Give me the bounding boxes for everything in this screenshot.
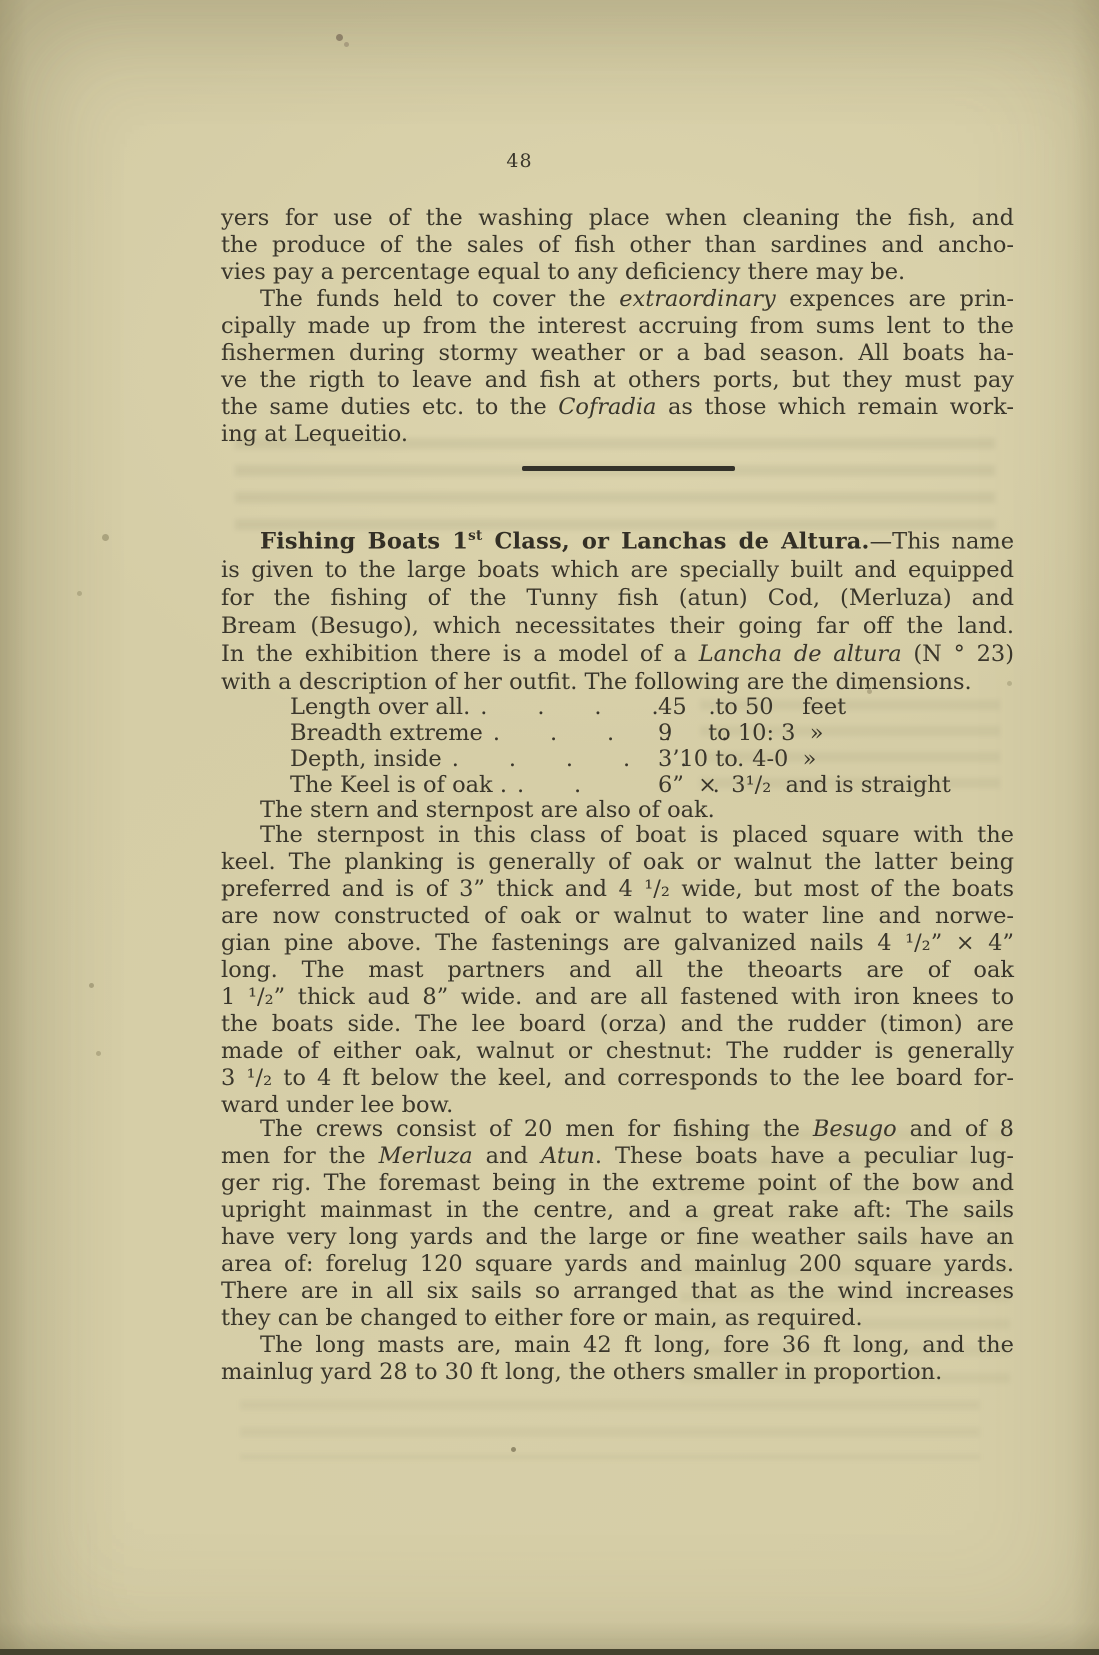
text-line: ward under lee bow. xyxy=(221,1092,1014,1119)
text-segment: are now constructed of oak or walnut to … xyxy=(221,903,1014,929)
dimension-label: Depth, inside xyxy=(290,746,442,772)
text-line: they can be changed to either fore or ma… xyxy=(221,1305,1014,1332)
text-line: gian pine above. The fastenings are galv… xyxy=(221,930,1014,957)
text-segment: made of either oak, walnut or chestnut: … xyxy=(221,1038,1014,1064)
text-segment: is given to the large boats which are sp… xyxy=(221,557,1014,583)
text-segment: the same duties etc. to the xyxy=(221,394,558,420)
text-segment: Atun xyxy=(541,1143,595,1169)
dimension-value: 6” × 3¹/₂ and is straight xyxy=(658,772,951,798)
text-segment: keel. The planking is generally of oak o… xyxy=(221,849,1014,875)
dimension-row: The Keel is of oak .. . .6” × 3¹/₂ and i… xyxy=(290,772,1014,798)
text-segment: upright mainmast in the centre, and a gr… xyxy=(221,1197,1014,1223)
paragraph-crews: The crews consist of 20 men for fishing … xyxy=(221,1116,1014,1332)
text-segment: 1 ¹/₂” thick aud 8” wide. and are all fa… xyxy=(221,984,1014,1010)
text-segment: gian pine above. The fastenings are galv… xyxy=(221,930,1014,956)
text-line: vies pay a percentage equal to any defic… xyxy=(221,259,1014,286)
text-line: men for the Merluza and Atun. These boat… xyxy=(221,1143,1014,1170)
page-number: 48 xyxy=(0,150,1069,172)
text-segment: cipally made up from the interest accrui… xyxy=(221,313,1014,339)
text-line: ing at Lequeitio. xyxy=(221,421,1014,448)
text-segment: 3 ¹/₂ to 4 ft below the keel, and corres… xyxy=(221,1065,1014,1091)
text-segment: ve the rigth to leave and fish at others… xyxy=(221,367,1014,393)
text-line: yers for use of the washing place when c… xyxy=(221,205,1014,232)
scan-bottom-edge xyxy=(0,1649,1099,1655)
text-segment: and xyxy=(473,1143,541,1169)
text-segment: Lancha de altura xyxy=(699,641,902,667)
reverse-print-showthrough xyxy=(240,1400,980,1460)
dimension-value: 45 to 50 feet xyxy=(658,694,846,720)
text-line: made of either oak, walnut or chestnut: … xyxy=(221,1038,1014,1065)
text-segment: Besugo xyxy=(813,1116,897,1142)
text-segment: There are in all six sails so arranged t… xyxy=(221,1278,1014,1304)
dimension-row: Breadth extreme. . . . .9 to 10: 3 » xyxy=(290,720,1014,746)
text-line: the boats side. The lee board (orza) and… xyxy=(221,1011,1014,1038)
text-segment: Bream (Besugo), which necessitates their… xyxy=(221,613,1014,639)
text-line: 1 ¹/₂” thick aud 8” wide. and are all fa… xyxy=(221,984,1014,1011)
text-line: the produce of the sales of fish other t… xyxy=(221,232,1014,259)
text-segment: ger rig. The foremast being in the extre… xyxy=(221,1170,1014,1196)
text-segment: ward under lee bow. xyxy=(221,1092,453,1118)
text-segment: Merluza xyxy=(379,1143,473,1169)
dimension-label: Length over all. xyxy=(290,694,470,720)
text-segment: expences are prin- xyxy=(776,286,1014,312)
text-segment: st xyxy=(468,528,482,544)
dimension-value: 3’10 to 4-0 » xyxy=(658,746,816,772)
text-line: are now constructed of oak or walnut to … xyxy=(221,903,1014,930)
text-segment: long. The mast partners and all the theo… xyxy=(221,957,1014,983)
text-segment: as those which remain work- xyxy=(656,394,1014,420)
paragraph-fishing-boats-heading: Fishing Boats 1st Class, or Lanchas de A… xyxy=(221,522,1014,696)
text-segment: and of 8 xyxy=(897,1116,1014,1142)
text-segment: The crews consist of 20 men for fishing … xyxy=(260,1116,813,1142)
text-segment: fishermen during stormy weather or a bad… xyxy=(221,340,1014,366)
text-segment: Class, or Lanchas de Altura. xyxy=(482,529,869,555)
text-segment: the boats side. The lee board (orza) and… xyxy=(221,1011,1014,1037)
text-line: with a description of her outfit. The fo… xyxy=(221,668,1014,696)
paragraph-fees-continuation: yers for use of the washing place when c… xyxy=(221,205,1014,286)
paragraph-masts: The long masts are, main 42 ft long, for… xyxy=(221,1332,1014,1386)
text-line: mainlug yard 28 to 30 ft long, the other… xyxy=(221,1359,1014,1386)
text-segment: preferred and is of 3” thick and 4 ¹/₂ w… xyxy=(221,876,1014,902)
text-segment: Cofradia xyxy=(558,394,656,420)
text-segment: with a description of her outfit. The fo… xyxy=(221,669,972,695)
paragraph-funds: The funds held to cover the extraordinar… xyxy=(221,286,1014,448)
text-segment: the produce of the sales of fish other t… xyxy=(221,232,1014,258)
text-line: area of: forelug 120 square yards and ma… xyxy=(221,1251,1014,1278)
text-segment: —This name xyxy=(870,529,1014,555)
text-line: upright mainmast in the centre, and a gr… xyxy=(221,1197,1014,1224)
text-segment: The long masts are, main 42 ft long, for… xyxy=(260,1332,1014,1358)
text-segment: The stern and sternpost are also of oak. xyxy=(260,797,715,823)
scanned-book-page: 48 yers for use of the washing place whe… xyxy=(0,0,1099,1655)
text-segment: vies pay a percentage equal to any defic… xyxy=(221,259,905,285)
paper-speck xyxy=(0,0,3,3)
paragraph-stern: The stern and sternpost are also of oak. xyxy=(221,797,1014,824)
text-line: fishermen during stormy weather or a bad… xyxy=(221,340,1014,367)
text-segment: men for the xyxy=(221,1143,379,1169)
text-line: The long masts are, main 42 ft long, for… xyxy=(221,1332,1014,1359)
text-line: The funds held to cover the extraordinar… xyxy=(221,286,1014,313)
text-line: have very long yards and the large or fi… xyxy=(221,1224,1014,1251)
text-line: long. The mast partners and all the theo… xyxy=(221,957,1014,984)
dimension-label: The Keel is of oak . xyxy=(290,772,507,798)
text-segment: In the exhibition there is a model of a xyxy=(221,641,699,667)
text-line: the same duties etc. to the Cofradia as … xyxy=(221,394,1014,421)
text-segment: Fishing Boats 1 xyxy=(260,529,468,555)
text-line: The stern and sternpost are also of oak. xyxy=(221,797,1014,824)
text-segment: . These boats have a peculiar lug- xyxy=(595,1143,1014,1169)
text-line: Bream (Besugo), which necessitates their… xyxy=(221,612,1014,640)
dimension-row: Depth, inside. . . . . .3’10 to 4-0 » xyxy=(290,746,1014,772)
text-line: ve the rigth to leave and fish at others… xyxy=(221,367,1014,394)
text-segment: have very long yards and the large or fi… xyxy=(221,1224,1014,1250)
text-segment: The sternpost in this class of boat is p… xyxy=(260,822,1014,848)
text-line: Fishing Boats 1st Class, or Lanchas de A… xyxy=(221,522,1014,556)
text-line: preferred and is of 3” thick and 4 ¹/₂ w… xyxy=(221,876,1014,903)
text-line: There are in all six sails so arranged t… xyxy=(221,1278,1014,1305)
dimension-value: 9 to 10: 3 » xyxy=(658,720,824,746)
dimension-row: Length over all.. . . . .45 to 50 feet xyxy=(290,694,1014,720)
text-segment: they can be changed to either fore or ma… xyxy=(221,1305,863,1331)
text-segment: (N ° 23) xyxy=(902,641,1014,667)
text-line: In the exhibition there is a model of a … xyxy=(221,640,1014,668)
dimension-label: Breadth extreme xyxy=(290,720,483,746)
section-divider-rule xyxy=(522,466,735,471)
text-segment: area of: forelug 120 square yards and ma… xyxy=(221,1251,1014,1277)
text-segment: for the fishing of the Tunny fish (atun)… xyxy=(221,585,1014,611)
dimensions-table: Length over all.. . . . .45 to 50 feetBr… xyxy=(290,694,1014,798)
text-segment: yers for use of the washing place when c… xyxy=(221,205,1014,231)
text-line: cipally made up from the interest accrui… xyxy=(221,313,1014,340)
text-line: The sternpost in this class of boat is p… xyxy=(221,822,1014,849)
text-segment: The funds held to cover the xyxy=(260,286,619,312)
text-line: is given to the large boats which are sp… xyxy=(221,556,1014,584)
text-line: for the fishing of the Tunny fish (atun)… xyxy=(221,584,1014,612)
text-segment: ing at Lequeitio. xyxy=(221,421,408,447)
text-line: 3 ¹/₂ to 4 ft below the keel, and corres… xyxy=(221,1065,1014,1092)
text-line: The crews consist of 20 men for fishing … xyxy=(221,1116,1014,1143)
text-segment: extraordinary xyxy=(619,286,776,312)
text-line: ger rig. The foremast being in the extre… xyxy=(221,1170,1014,1197)
text-line: keel. The planking is generally of oak o… xyxy=(221,849,1014,876)
text-segment: mainlug yard 28 to 30 ft long, the other… xyxy=(221,1359,942,1385)
paragraph-sternpost-planking: The sternpost in this class of boat is p… xyxy=(221,822,1014,1119)
